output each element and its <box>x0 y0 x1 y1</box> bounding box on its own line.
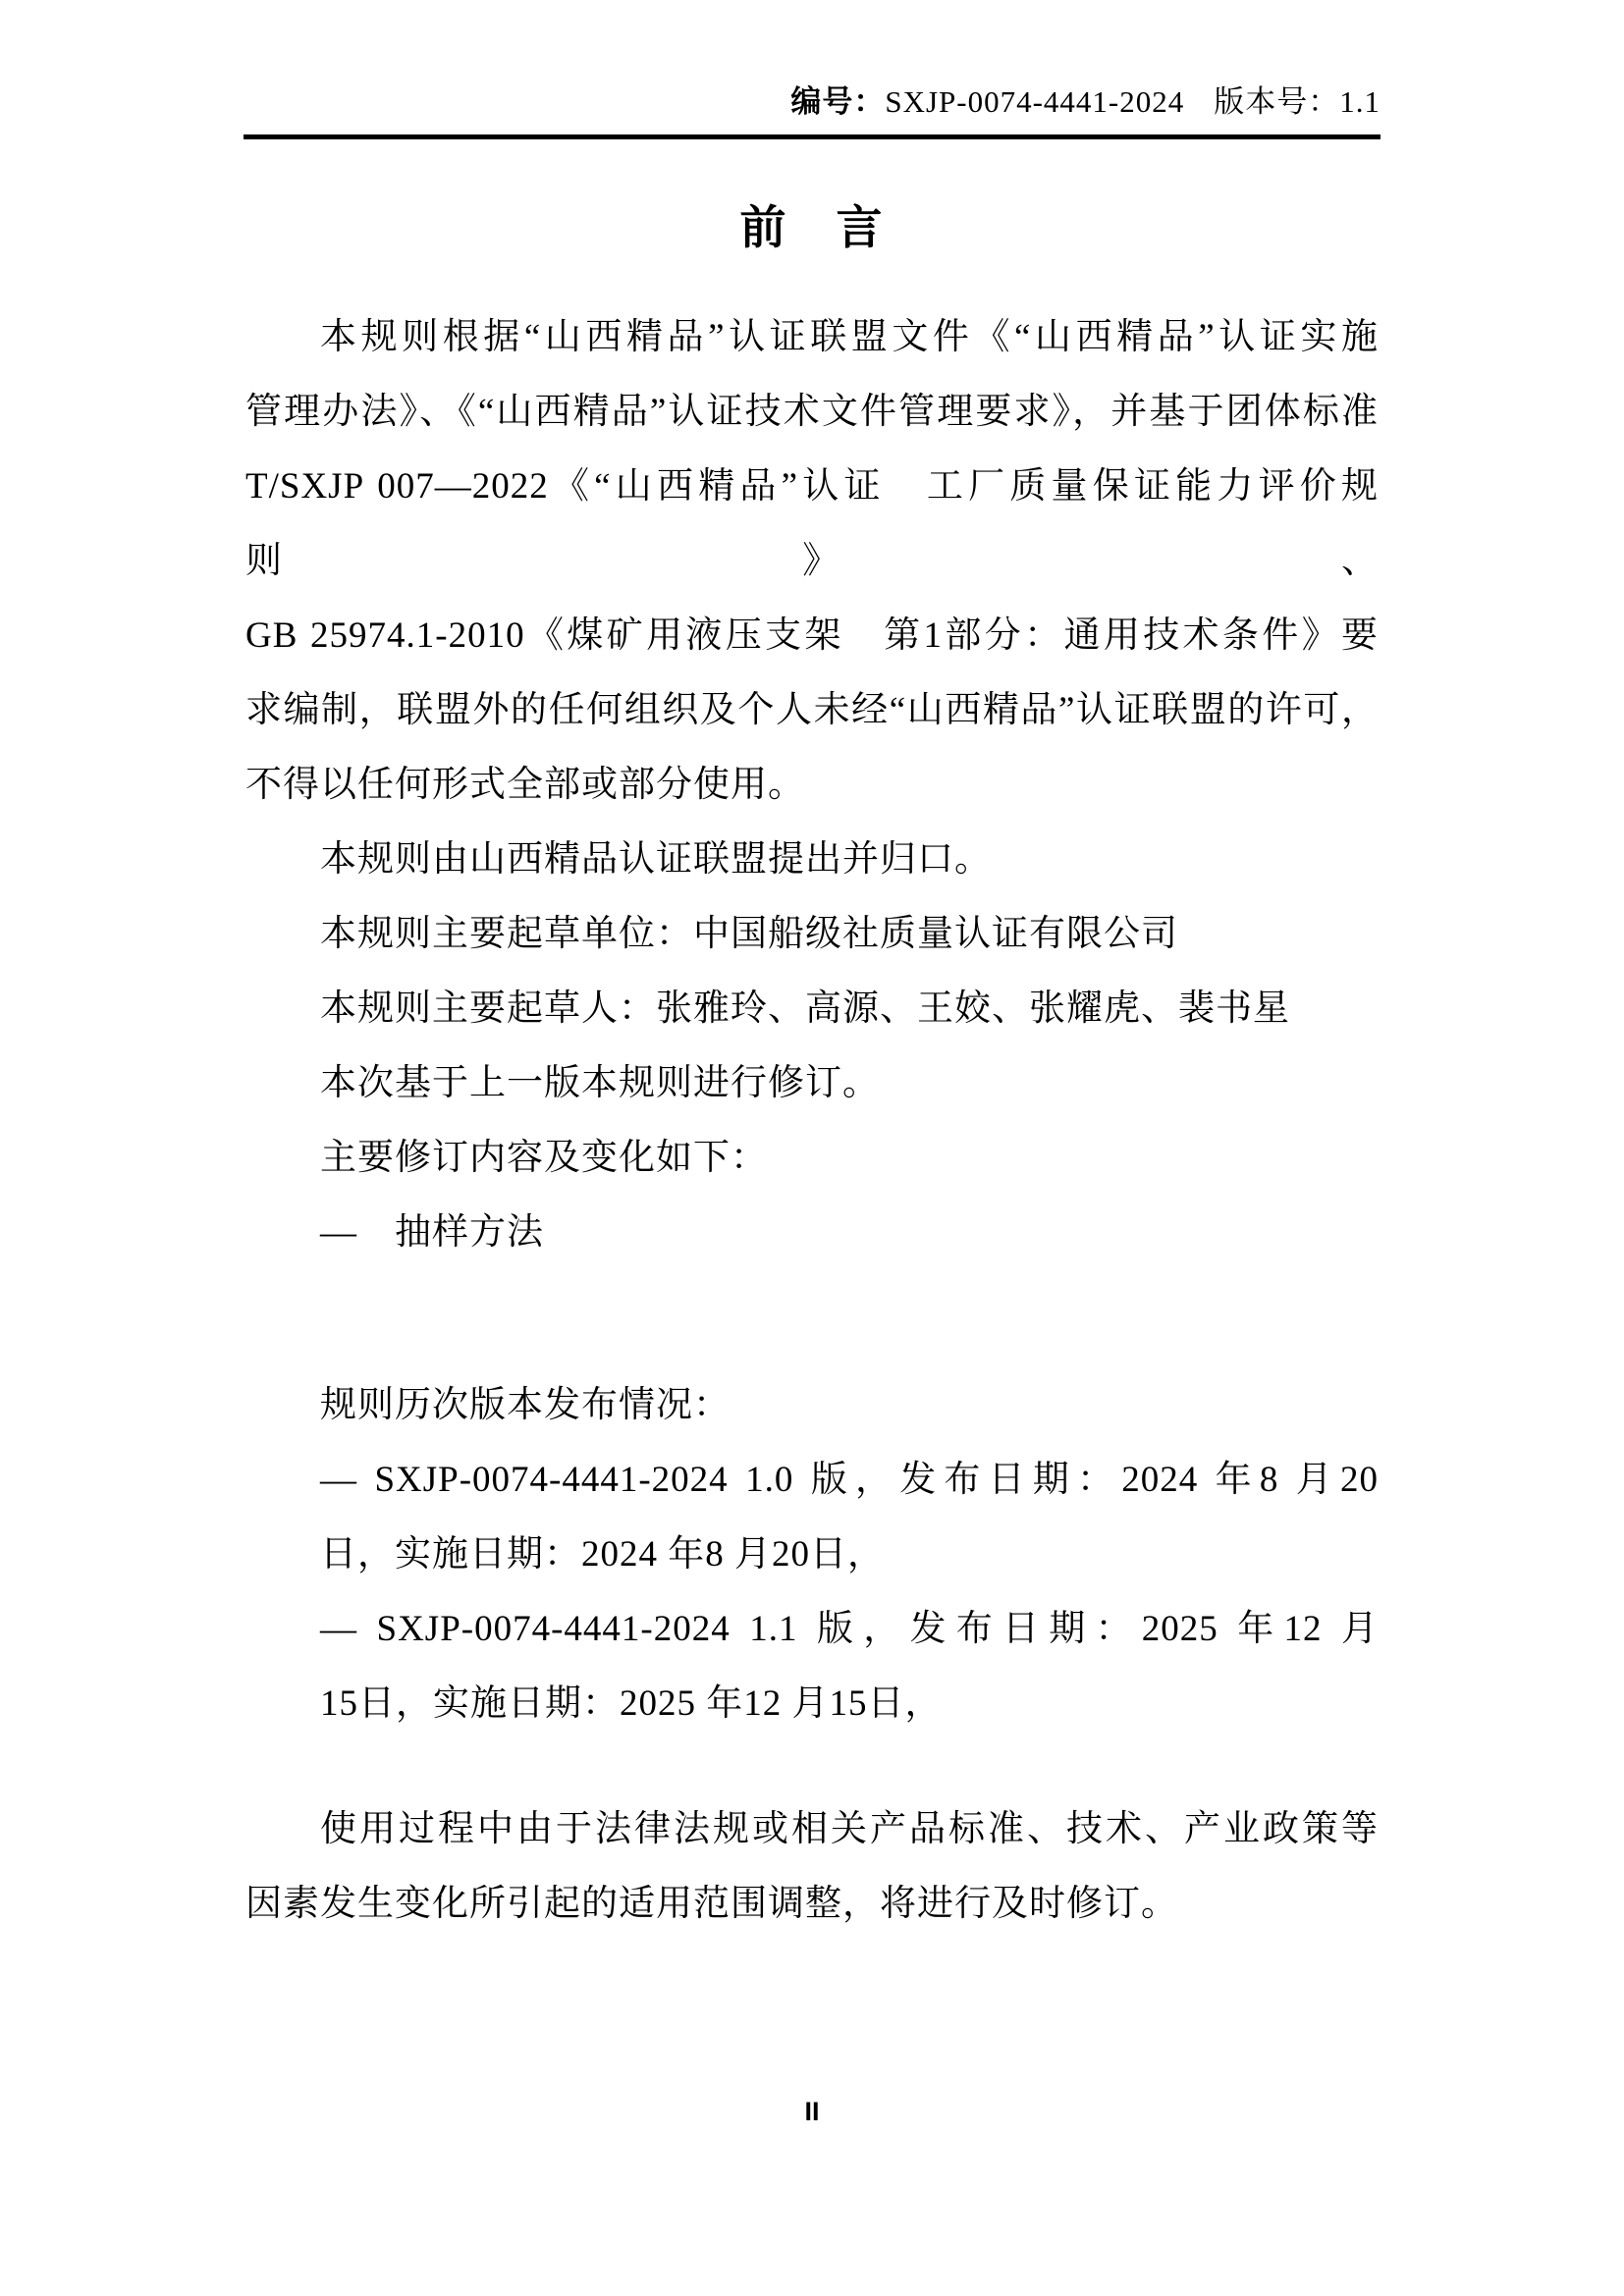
body-line-3: T/SXJP 007—2022《“山西精品”认证 工厂质量保证能力评价规则》、 <box>245 450 1379 599</box>
body-line-14: — SXJP-0074-4441-2024 1.0 版，发布日期：2024 年8… <box>245 1443 1379 1518</box>
page-number: II <box>0 2097 1624 2127</box>
doc-version-value: 1.1 <box>1339 84 1380 119</box>
body-line-1: 本规则根据“山西精品”认证联盟文件《“山西精品”认证实施 <box>245 300 1379 375</box>
body-line-8: 本规则主要起草单位：中国船级社质量认证有限公司 <box>245 897 1379 972</box>
doc-code-label: 编号： <box>790 84 885 119</box>
body-line-15: 日，实施日期：2024 年8 月20日， <box>245 1518 1379 1592</box>
body-line-11: 主要修订内容及变化如下： <box>245 1121 1379 1196</box>
body-line-6: 不得以任何形式全部或部分使用。 <box>245 748 1379 823</box>
doc-version-label: 版本号： <box>1214 84 1339 119</box>
body-line-16: — SXJP-0074-4441-2024 1.1 版，发布日期：2025 年1… <box>245 1592 1379 1667</box>
body-line-18: 使用过程中由于法律法规或相关产品标准、技术、产业政策等 <box>245 1792 1379 1867</box>
body-line-13: 规则历次版本发布情况： <box>245 1368 1379 1443</box>
body-line-10: 本次基于上一版本规则进行修订。 <box>245 1046 1379 1121</box>
body-line-12: — 抽样方法 <box>245 1196 1379 1270</box>
page-header: 编号：SXJP-0074-4441-2024版本号：1.1 <box>244 0 1380 139</box>
document-page: 编号：SXJP-0074-4441-2024版本号：1.1 前 言 本规则根据“… <box>0 0 1624 2296</box>
page-title: 前 言 <box>0 202 1624 255</box>
doc-code-value: SXJP-0074-4441-2024 <box>885 84 1184 119</box>
body-line-5: 求编制，联盟外的任何组织及个人未经“山西精品”认证联盟的许可， <box>245 673 1379 748</box>
body-line-19: 因素发生变化所引起的适用范围调整，将进行及时修订。 <box>245 1867 1379 1942</box>
body-line-2: 管理办法》、《“山西精品”认证技术文件管理要求》，并基于团体标准 <box>245 375 1379 450</box>
body-line-4: GB 25974.1-2010《煤矿用液压支架 第1部分：通用技术条件》要 <box>245 599 1379 673</box>
body-line-17: 15日，实施日期：2025 年12 月15日， <box>245 1667 1379 1741</box>
body-line-9: 本规则主要起草人：张雅玲、高源、王姣、张耀虎、裴书星 <box>245 972 1379 1046</box>
document-body: 本规则根据“山西精品”认证联盟文件《“山西精品”认证实施 管理办法》、《“山西精… <box>245 300 1379 1942</box>
body-line-7: 本规则由山西精品认证联盟提出并归口。 <box>245 823 1379 897</box>
